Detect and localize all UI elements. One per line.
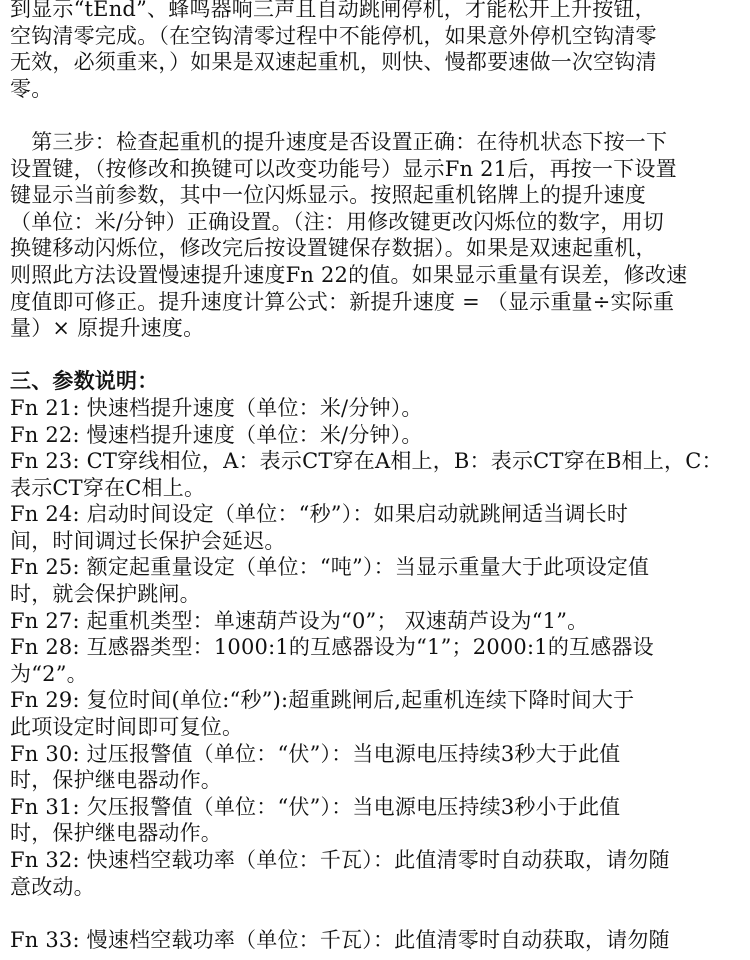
step3-paragraph: 第三步：检查起重机的提升速度是否设置正确：在待机状态下按一下 设置键，（按修改和… bbox=[10, 129, 745, 342]
text-line: 键显示当前参数，其中一位闪烁显示。按照起重机铭牌上的提升速度 bbox=[10, 182, 745, 209]
param-line: 表示CT穿在C相上。 bbox=[10, 475, 745, 502]
param-fn27: Fn 27: 起重机类型：单速葫芦设为“0”； 双速葫芦设为“1”。 bbox=[10, 608, 745, 635]
step2-tail-paragraph: 到显示“tEnd”、蜂鸣器响三声且自动跳闸停机，才能松开上升按钮， 空钩清零完成… bbox=[10, 0, 745, 102]
text-line: 无效，必须重来，）如果是双速起重机，则快、慢都要速做一次空钩清 bbox=[10, 49, 745, 76]
param-line: Fn 31: 欠压报警值（单位：“伏”）：当电源电压持续3秒小于此值 bbox=[10, 794, 745, 821]
param-line: Fn 25: 额定起重量设定（单位：“吨”）：当显示重量大于此项设定值 bbox=[10, 554, 745, 581]
param-line: Fn 30: 过压报警值（单位：“伏”）：当电源电压持续3秒大于此值 bbox=[10, 741, 745, 768]
param-line: 时，保护继电器动作。 bbox=[10, 767, 745, 794]
param-line: Fn 32: 快速档空载功率（单位：千瓦）：此值清零时自动获取，请勿随 bbox=[10, 847, 745, 874]
text-line: 零。 bbox=[10, 76, 745, 103]
paragraph-spacer bbox=[10, 900, 745, 927]
text-line: 换键移动闪烁位，修改完后按设置键保存数据）。如果是双速起重机， bbox=[10, 235, 745, 262]
param-line: 时，就会保护跳闸。 bbox=[10, 581, 745, 608]
param-fn22: Fn 22: 慢速档提升速度（单位：米/分钟）。 bbox=[10, 422, 745, 449]
param-fn31: Fn 31: 欠压报警值（单位：“伏”）：当电源电压持续3秒小于此值 时，保护继… bbox=[10, 794, 745, 847]
text-line: 设置键，（按修改和换键可以改变功能号）显示Fn 21后，再按一下设置 bbox=[10, 156, 745, 183]
param-line: 时，保护继电器动作。 bbox=[10, 820, 745, 847]
paragraph-spacer bbox=[10, 342, 745, 369]
param-fn30: Fn 30: 过压报警值（单位：“伏”）：当电源电压持续3秒大于此值 时，保护继… bbox=[10, 741, 745, 794]
param-line: Fn 21: 快速档提升速度（单位：米/分钟）。 bbox=[10, 395, 745, 422]
param-fn32: Fn 32: 快速档空载功率（单位：千瓦）：此值清零时自动获取，请勿随 意改动。 bbox=[10, 847, 745, 900]
paragraph-spacer bbox=[10, 102, 745, 129]
param-line: 间，时间调过长保护会延迟。 bbox=[10, 528, 745, 555]
param-line: Fn 27: 起重机类型：单速葫芦设为“0”； 双速葫芦设为“1”。 bbox=[10, 608, 745, 635]
document-page: 到显示“tEnd”、蜂鸣器响三声且自动跳闸停机，才能松开上升按钮， 空钩清零完成… bbox=[10, 0, 745, 953]
param-fn28: Fn 28: 互感器类型：1000:1的互感器设为“1”；2000:1的互感器设… bbox=[10, 634, 745, 687]
param-line: Fn 23: CT穿线相位，A：表示CT穿在A相上，B：表示CT穿在B相上，C： bbox=[10, 448, 745, 475]
param-fn25: Fn 25: 额定起重量设定（单位：“吨”）：当显示重量大于此项设定值 时，就会… bbox=[10, 554, 745, 607]
text-line: （单位：米/分钟）正确设置。（注：用修改键更改闪烁位的数字，用切 bbox=[10, 209, 745, 236]
text-line: 度值即可修正。提升速度计算公式：新提升速度 = （显示重量÷实际重 bbox=[10, 289, 745, 316]
param-line: Fn 22: 慢速档提升速度（单位：米/分钟）。 bbox=[10, 422, 745, 449]
text-line: 空钩清零完成。（在空钩清零过程中不能停机，如果意外停机空钩清零 bbox=[10, 23, 745, 50]
param-fn23: Fn 23: CT穿线相位，A：表示CT穿在A相上，B：表示CT穿在B相上，C：… bbox=[10, 448, 745, 501]
param-fn29: Fn 29: 复位时间(单位:“秒”):超重跳闸后,起重机连续下降时间大于 此项… bbox=[10, 687, 745, 740]
param-line: Fn 33: 慢速档空载功率（单位：千瓦）：此值清零时自动获取，请勿随 bbox=[10, 927, 745, 954]
param-fn33: Fn 33: 慢速档空载功率（单位：千瓦）：此值清零时自动获取，请勿随 bbox=[10, 927, 745, 954]
text-line: 到显示“tEnd”、蜂鸣器响三声且自动跳闸停机，才能松开上升按钮， bbox=[10, 0, 745, 23]
parameter-section: 三、参数说明： Fn 21: 快速档提升速度（单位：米/分钟）。 Fn 22: … bbox=[10, 368, 745, 953]
section-heading: 三、参数说明： bbox=[10, 368, 745, 395]
param-line: 为“2”。 bbox=[10, 661, 745, 688]
param-line: Fn 28: 互感器类型：1000:1的互感器设为“1”；2000:1的互感器设 bbox=[10, 634, 745, 661]
param-line: Fn 29: 复位时间(单位:“秒”):超重跳闸后,起重机连续下降时间大于 bbox=[10, 687, 745, 714]
param-line: 此项设定时间即可复位。 bbox=[10, 714, 745, 741]
param-line: Fn 24: 启动时间设定（单位：“秒”）：如果启动就跳闸适当调长时 bbox=[10, 501, 745, 528]
param-line: 意改动。 bbox=[10, 874, 745, 901]
param-fn21: Fn 21: 快速档提升速度（单位：米/分钟）。 bbox=[10, 395, 745, 422]
text-line: 则照此方法设置慢速提升速度Fn 22的值。如果显示重量有误差，修改速 bbox=[10, 262, 745, 289]
text-line: 第三步：检查起重机的提升速度是否设置正确：在待机状态下按一下 bbox=[10, 129, 745, 156]
param-fn24: Fn 24: 启动时间设定（单位：“秒”）：如果启动就跳闸适当调长时 间，时间调… bbox=[10, 501, 745, 554]
text-line: 量）× 原提升速度。 bbox=[10, 315, 745, 342]
